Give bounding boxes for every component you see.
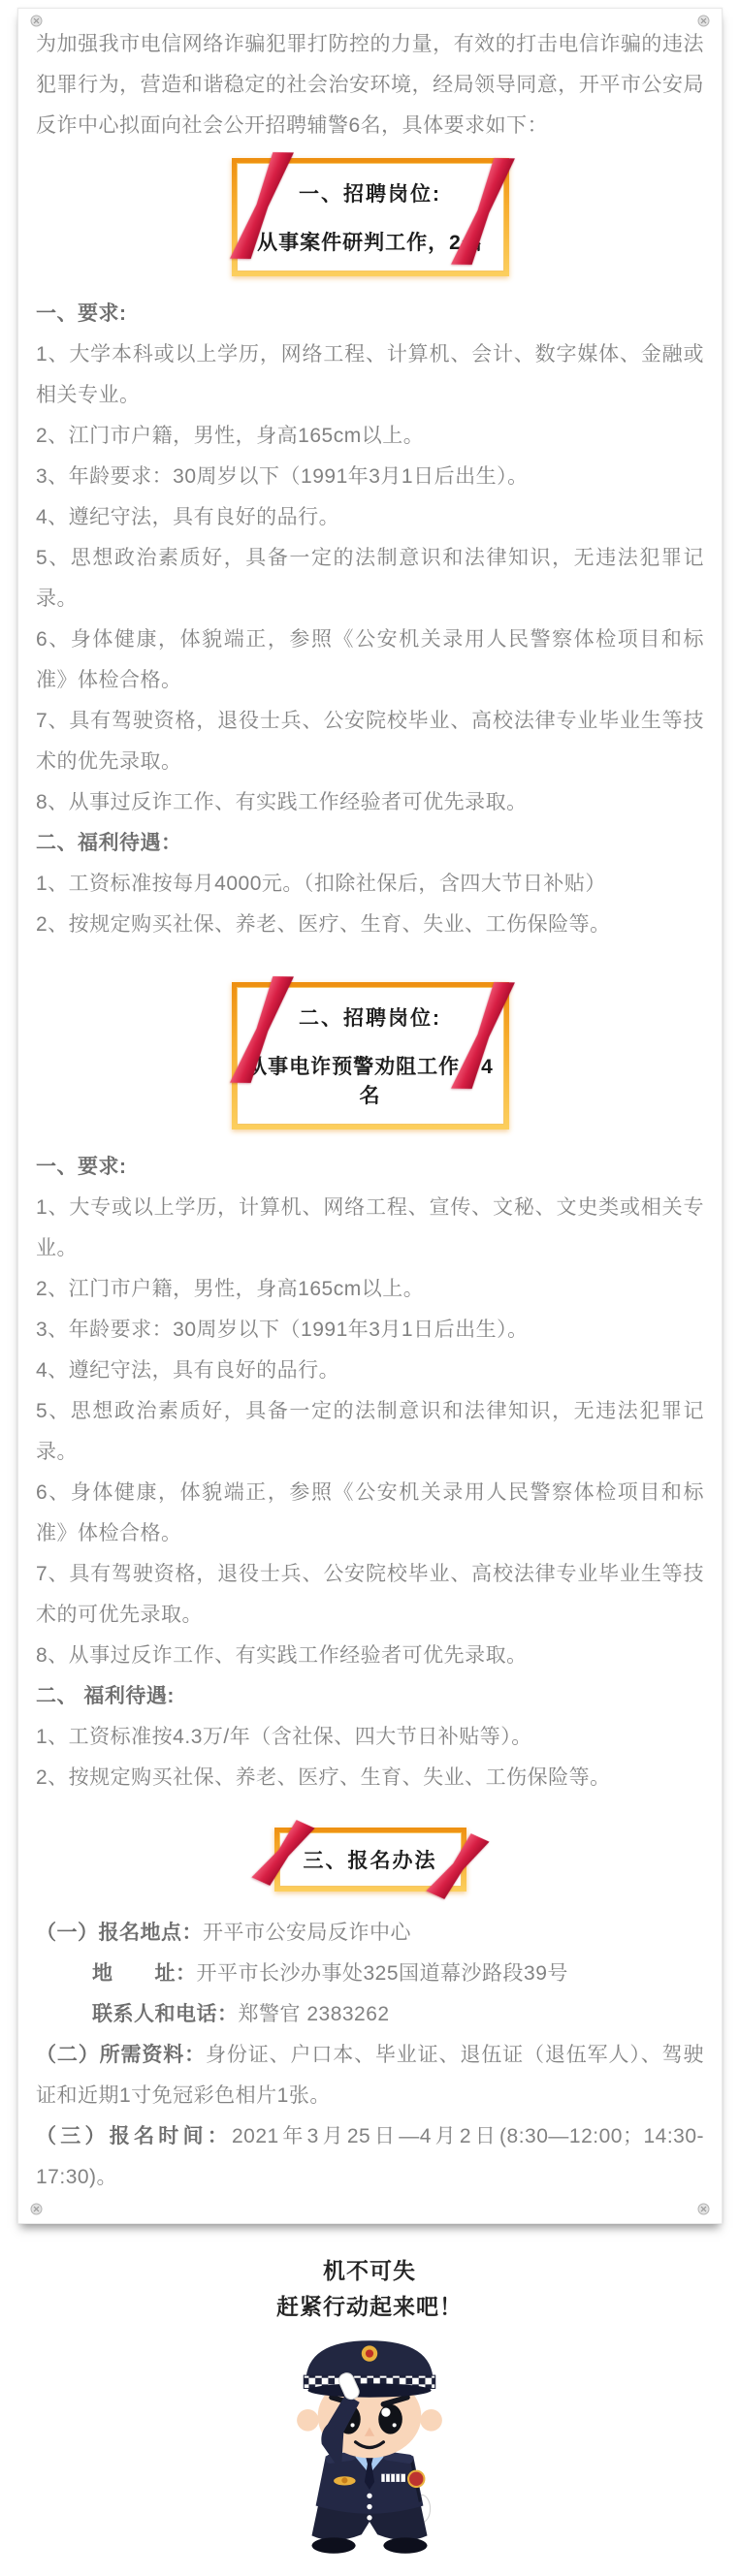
welfare-item: 1、工资标准按4.3万/年（含社保、四大节日补贴等）。 [36,1717,704,1758]
pin-icon [697,2203,710,2215]
requirement-item: 8、从事过反诈工作、有实践工作经验者可优先录取。 [36,1636,704,1676]
apply-contact-label: 联系人和电话： [92,2003,239,2025]
requirement-item: 3、年龄要求：30周岁以下（1991年3月1日后出生）。 [36,1310,704,1351]
banner-apply: 三、报名办法 [274,1828,466,1892]
apply-time-line: （三）报名时间：2021年3月25日—4月2日(8:30—12:00；14:30… [36,2116,704,2198]
banner-title: 三、报名办法 [284,1845,457,1874]
requirement-item: 6、身体健康，体貌端正，参照《公安机关录用人民警察体检项目和标准》体检合格。 [36,1473,704,1554]
apply-address-value: 开平市长沙办事处325国道幕沙路段39号 [197,1962,568,1985]
requirement-item: 7、具有驾驶资格，退役士兵、公安院校毕业、高校法律专业毕业生等技术的可优先录取。 [36,1554,704,1636]
requirement-item: 4、遵纪守法，具有良好的品行。 [36,1351,704,1391]
requirement-item: 1、大学本科或以上学历，网络工程、计算机、会计、数字媒体、金融或相关专业。 [36,334,704,416]
apply-address-line: 地 址：开平市长沙办事处325国道幕沙路段39号 [36,1954,704,1994]
pin-icon [30,15,43,27]
welfare-heading: 二、 福利待遇: [36,1676,704,1717]
requirement-item: 6、身体健康，体貌端正，参照《公安机关录用人民警察体检项目和标准》体检合格。 [36,620,704,701]
notice-page: 为加强我市电信网络诈骗犯罪打防控的力量，有效的打击电信诈骗的违法犯罪行为，营造和… [0,8,739,2576]
pin-icon [697,15,710,27]
apply-contact-value: 郑警官 2383262 [239,2003,390,2025]
requirement-item: 5、思想政治素质好，具备一定的法制意识和法律知识，无违法犯罪记录。 [36,1391,704,1473]
requirements-heading: 一、要求: [36,1147,704,1188]
footer-slogan-1: 机不可失 [0,2253,739,2289]
apply-location-value: 开平市公安局反诈中心 [203,1922,411,1944]
apply-contact-line: 联系人和电话：郑警官 2383262 [36,1994,704,2035]
apply-location-line: （一）报名地点：开平市公安局反诈中心 [36,1913,704,1954]
banner-post-1: 一、招聘岗位: 从事案件研判工作，2名 [232,158,509,276]
apply-time-label: （三）报名时间： [36,2125,232,2147]
apply-address-label: 地 址： [92,1962,197,1985]
welfare-item: 2、按规定购买社保、养老、医疗、生育、失业、工伤保险等。 [36,1758,704,1798]
requirement-item: 4、遵纪守法，具有良好的品行。 [36,497,704,538]
requirement-item: 2、江门市户籍，男性，身高165cm以上。 [36,416,704,457]
requirement-item: 5、思想政治素质好，具备一定的法制意识和法律知识，无违法犯罪记录。 [36,538,704,620]
apply-docs-label: （二）所需资料： [36,2044,206,2066]
pin-icon [30,2203,43,2215]
intro-paragraph: 为加强我市电信网络诈骗犯罪打防控的力量，有效的打击电信诈骗的违法犯罪行为，营造和… [36,24,704,146]
apply-docs-line: （二）所需资料：身份证、户口本、毕业证、退伍证（退伍军人）、驾驶证和近期1寸免冠… [36,2035,704,2116]
requirement-item: 3、年龄要求：30周岁以下（1991年3月1日后出生）。 [36,457,704,497]
banner-post-2: 二、招聘岗位: 从事电诈预警劝阻工作，4名 [232,982,509,1129]
apply-location-label: （一）报名地点： [36,1922,203,1944]
requirement-item: 1、大专或以上学历，计算机、网络工程、宣传、文秘、文史类或相关专业。 [36,1188,704,1269]
footer-slogan-2: 赶紧行动起来吧！ [0,2289,739,2325]
requirement-item: 7、具有驾驶资格，退役士兵、公安院校毕业、高校法律专业毕业生等技术的优先录取。 [36,701,704,782]
mascot-wrap [0,2333,739,2566]
notice-card: 为加强我市电信网络诈骗犯罪打防控的力量，有效的打击电信诈骗的违法犯罪行为，营造和… [17,8,723,2224]
footer: 机不可失 赶紧行动起来吧！ [0,2253,739,2576]
police-mascot-icon [270,2333,469,2561]
requirements-heading: 一、要求: [36,294,704,334]
welfare-item: 1、工资标准按每月4000元。（扣除社保后，含四大节日补贴） [36,864,704,905]
requirement-item: 8、从事过反诈工作、有实践工作经验者可优先录取。 [36,782,704,823]
welfare-heading: 二、福利待遇： [36,823,704,864]
welfare-item: 2、按规定购买社保、养老、医疗、生育、失业、工伤保险等。 [36,905,704,945]
requirement-item: 2、江门市户籍，男性，身高165cm以上。 [36,1269,704,1310]
